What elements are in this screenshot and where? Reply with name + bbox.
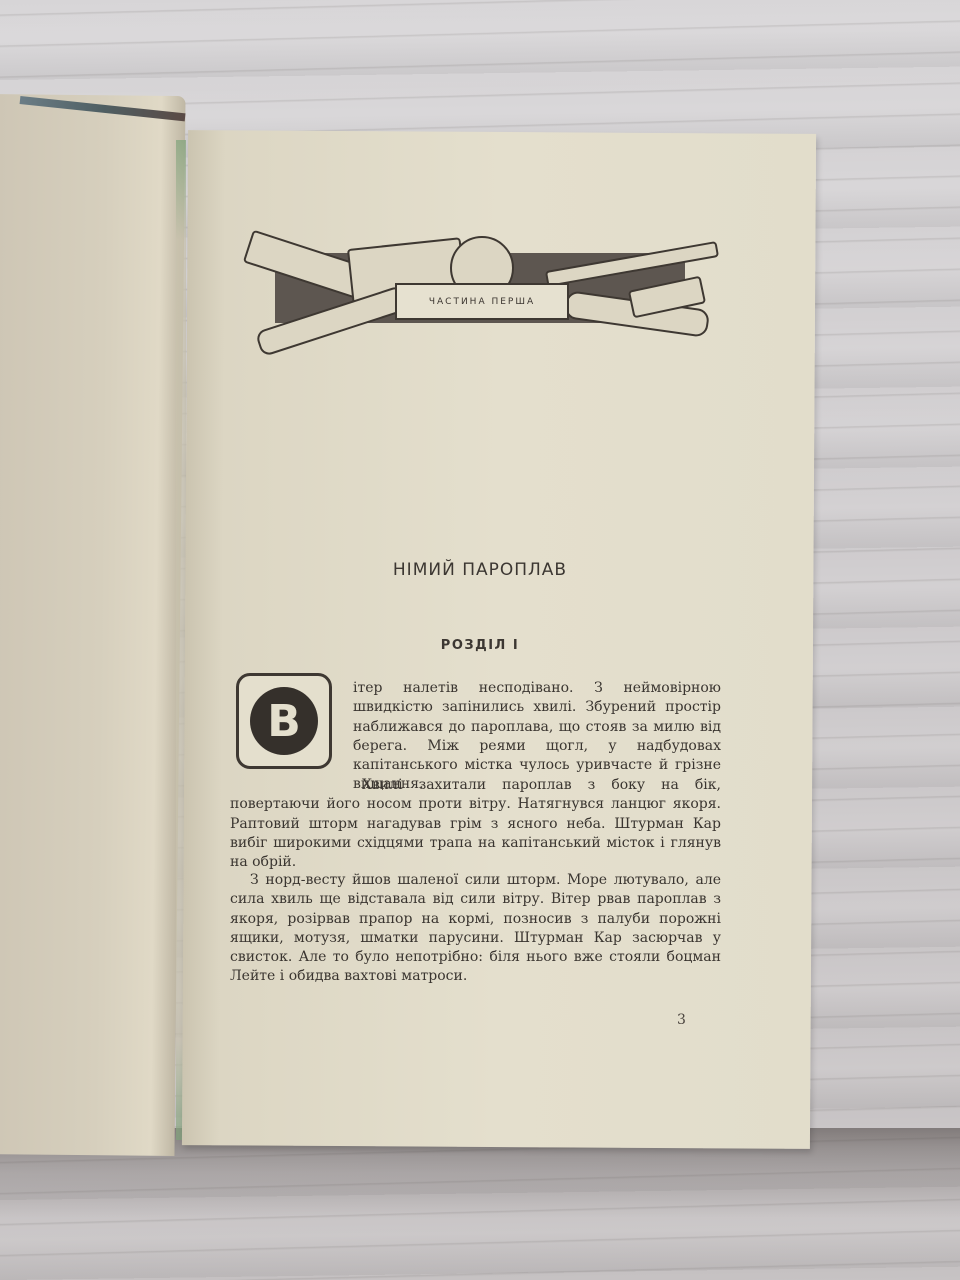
paragraph-3: З норд-весту йшов шаленої сили шторм. Мо… xyxy=(230,871,721,987)
part-label: ЧАСТИНА ПЕРША xyxy=(395,283,569,320)
paragraph-2: Хвилі захитали пароплав з боку на бік, п… xyxy=(230,776,721,872)
page-number: 3 xyxy=(677,1012,686,1028)
paragraph-2-text: Хвилі захитали пароплав з боку на бік, п… xyxy=(230,777,721,870)
nautical-illustration-banner: ЧАСТИНА ПЕРША xyxy=(245,228,715,348)
left-page xyxy=(0,94,186,1156)
story-title: НІМИЙ ПАРОПЛАВ xyxy=(0,560,960,580)
chapter-heading: РОЗДІЛ I xyxy=(0,638,960,653)
drop-cap: В xyxy=(236,673,332,769)
drop-cap-letter: В xyxy=(250,687,318,755)
